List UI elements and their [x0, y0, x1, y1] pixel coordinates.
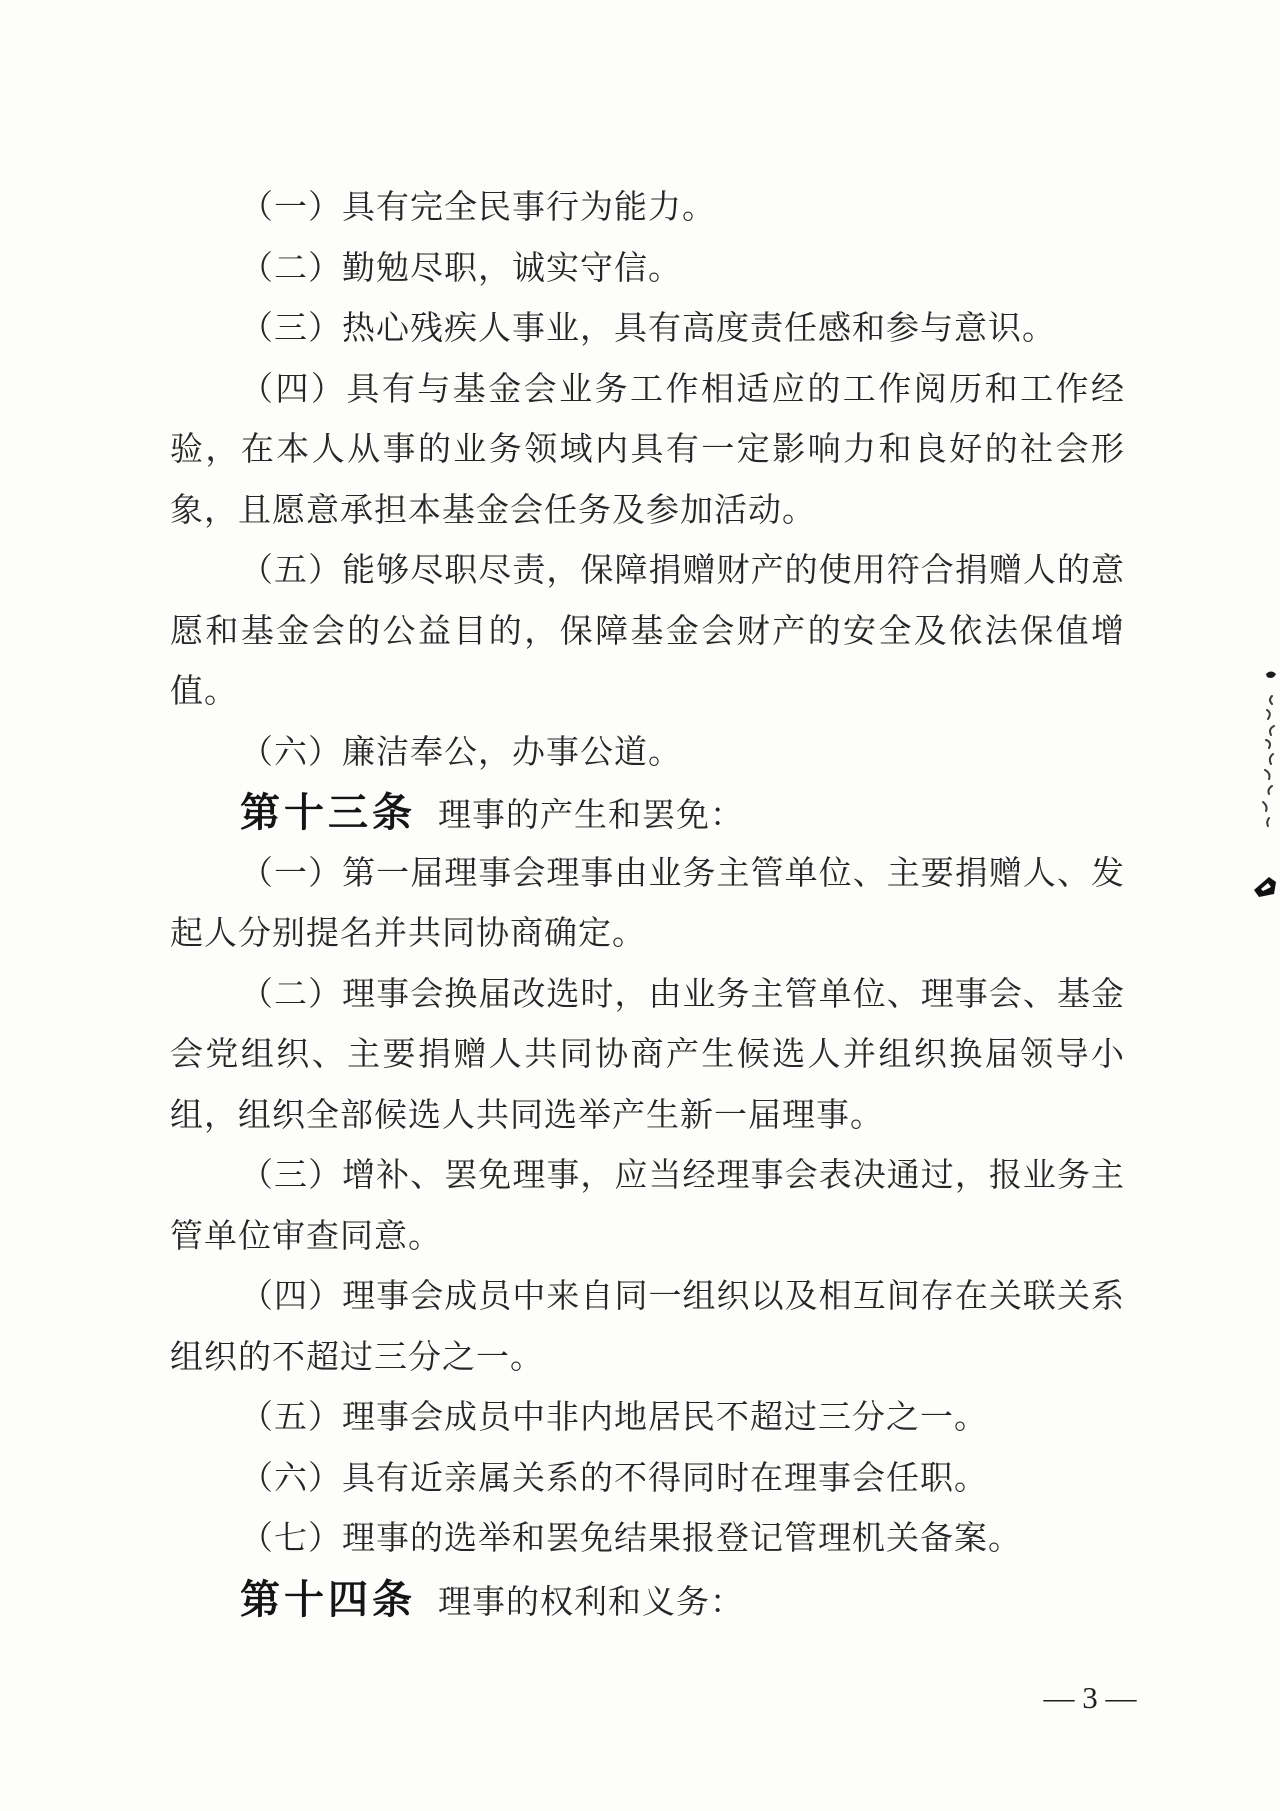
margin-handwriting-icon	[1254, 666, 1280, 836]
ink-smudge-icon	[1252, 874, 1280, 902]
clause-line: （七）理事的选举和罢免结果报登记管理机关备案。	[170, 1509, 1125, 1570]
clause-line: 组织的不超过三分之一。	[170, 1328, 1125, 1389]
article-13-number: 第十三条	[240, 791, 416, 835]
clause-line: 管单位审查同意。	[170, 1207, 1125, 1268]
clause-line: 象，且愿意承担本基金会任务及参加活动。	[170, 481, 1125, 542]
clause-line: 愿和基金会的公益目的，保障基金会财产的安全及依法保值增	[170, 602, 1125, 663]
article-13-heading: 第十三条理事的产生和罢免：	[170, 783, 1125, 844]
clause-line: （二）勤勉尽职，诚实守信。	[170, 239, 1125, 300]
clause-line: （一）第一届理事会理事由业务主管单位、主要捐赠人、发	[170, 844, 1125, 905]
clause-line: （五）能够尽职尽责，保障捐赠财产的使用符合捐赠人的意	[170, 541, 1125, 602]
clause-line: 会党组织、主要捐赠人共同协商产生候选人并组织换届领导小	[170, 1025, 1125, 1086]
article-14-number: 第十四条	[240, 1578, 416, 1622]
scanned-document-page: （一）具有完全民事行为能力。 （二）勤勉尽职，诚实守信。 （三）热心残疾人事业，…	[0, 0, 1280, 1811]
article-13-title: 理事的产生和罢免：	[438, 798, 744, 834]
clause-line: 组，组织全部候选人共同选举产生新一届理事。	[170, 1086, 1125, 1147]
document-body: （一）具有完全民事行为能力。 （二）勤勉尽职，诚实守信。 （三）热心残疾人事业，…	[170, 178, 1125, 1630]
clause-line: 值。	[170, 662, 1125, 723]
clause-line: 验，在本人从事的业务领域内具有一定影响力和良好的社会形	[170, 420, 1125, 481]
clause-line: （一）具有完全民事行为能力。	[170, 178, 1125, 239]
clause-line: （四）理事会成员中来自同一组织以及相互间存在关联关系	[170, 1267, 1125, 1328]
clause-line: 起人分别提名并共同协商确定。	[170, 904, 1125, 965]
clause-line: （三）增补、罢免理事，应当经理事会表决通过，报业务主	[170, 1146, 1125, 1207]
clause-line: （六）廉洁奉公，办事公道。	[170, 723, 1125, 784]
article-14-title: 理事的权利和义务：	[438, 1585, 744, 1621]
article-14-heading: 第十四条理事的权利和义务：	[170, 1570, 1125, 1631]
page-number: — 3 —	[1030, 1680, 1150, 1716]
clause-line: （二）理事会换届改选时，由业务主管单位、理事会、基金	[170, 965, 1125, 1026]
clause-line: （六）具有近亲属关系的不得同时在理事会任职。	[170, 1449, 1125, 1510]
clause-line: （五）理事会成员中非内地居民不超过三分之一。	[170, 1388, 1125, 1449]
clause-line: （三）热心残疾人事业，具有高度责任感和参与意识。	[170, 299, 1125, 360]
clause-line: （四）具有与基金会业务工作相适应的工作阅历和工作经	[170, 360, 1125, 421]
